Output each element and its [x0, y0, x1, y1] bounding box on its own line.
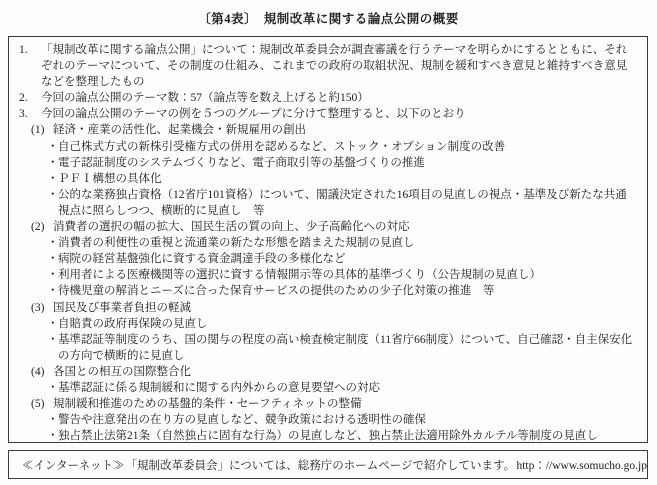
summary-box: 1. 「規制改革に関する論点公開」について：規制改革委員会が調査審議を行うテーマ…	[8, 36, 648, 443]
bullet-item: ・ 電子認証制度のシステムづくりなど、電子商取引等の基盤づくりの推進	[19, 155, 637, 171]
group-heading: (4) 各国との相互の国際整合化	[19, 364, 637, 380]
list-item: 3. 今回の論点公開のテーマの例を５つのグループに分けて整理すると、以下のとおり	[19, 106, 637, 122]
bullet-item: ・ 基準認証に係る規制緩和に関する内外からの意見要望への対応	[19, 380, 637, 396]
group-heading-text: 消費者の選択の幅の拡大、国民生活の質の向上、少子高齢化への対応	[53, 219, 637, 235]
bullet-item: ・ 消費者の利便性の重視と流通業の新たな形態を踏まえた規制の見直し	[19, 235, 637, 251]
bullet-marker: ・	[47, 283, 58, 299]
bullet-item: ・ 待機児童の解消とニーズに合った保育サービスの提供のための少子化対策の推進 等	[19, 283, 637, 299]
bullet-text: 基準認証等制度のうち、国の関与の程度の高い検査検定制度（11省庁66制度）につい…	[58, 332, 637, 364]
group-number: (5)	[31, 396, 53, 412]
bullet-marker: ・	[47, 139, 58, 155]
bullet-marker: ・	[47, 235, 58, 251]
bullet-text: 待機児童の解消とニーズに合った保育サービスの提供のための少子化対策の推進 等	[58, 283, 637, 299]
group-heading: (3) 国民及び事業者負担の軽減	[19, 300, 637, 316]
item-number: 2.	[19, 90, 41, 106]
bullet-marker: ・	[47, 428, 58, 443]
bullet-text: 病院の経営基盤強化に資する資金調達手段の多様化など	[58, 251, 637, 267]
bullet-text: 自賠責の政府再保険の見直し	[58, 316, 637, 332]
list-item: 1. 「規制改革に関する論点公開」について：規制改革委員会が調査審議を行うテーマ…	[19, 42, 637, 90]
bullet-text: ＰＦＩ構想の具体化	[58, 171, 637, 187]
group-heading: (2) 消費者の選択の幅の拡大、国民生活の質の向上、少子高齢化への対応	[19, 219, 637, 235]
group-heading: (1) 経済・産業の活性化、起業機会・新規雇用の創出	[19, 122, 637, 138]
item-number: 1.	[19, 42, 41, 58]
internet-label: ≪インターネット≫	[22, 457, 124, 473]
group-number: (2)	[31, 219, 53, 235]
bullet-text: 自己株式方式の新株引受権方式の併用を認めるなど、ストック・オプション制度の改善	[58, 139, 637, 155]
bullet-text: 公的な業務独占資格（12省庁101資格）について、閣議決定された16項目の見直し…	[58, 187, 637, 219]
internet-note-text: 「規制改革委員会」については、総務庁のホームページで紹介しています。	[125, 457, 515, 473]
group-heading-text: 各国との相互の国際整合化	[53, 364, 637, 380]
bullet-marker: ・	[47, 380, 58, 396]
bullet-marker: ・	[47, 251, 58, 267]
bullet-item: ・ 基準認証等制度のうち、国の関与の程度の高い検査検定制度（11省庁66制度）に…	[19, 332, 637, 364]
bullet-marker: ・	[47, 155, 58, 171]
bullet-text: 利用者による医療機関等の選択に資する情報開示等の具体的基準づくり（公告規制の見直…	[58, 267, 637, 283]
bullet-marker: ・	[47, 332, 58, 348]
bullet-text: 電子認証制度のシステムづくりなど、電子商取引等の基盤づくりの推進	[58, 155, 637, 171]
bullet-item: ・ 自己株式方式の新株引受権方式の併用を認めるなど、ストック・オプション制度の改…	[19, 139, 637, 155]
item-number: 3.	[19, 106, 41, 122]
bullet-item: ・ 公的な業務独占資格（12省庁101資格）について、閣議決定された16項目の見…	[19, 187, 637, 219]
bullet-text: 消費者の利便性の重視と流通業の新たな形態を踏まえた規制の見直し	[58, 235, 637, 251]
group-number: (4)	[31, 364, 53, 380]
bullet-text: 警告や注意発出の在り方の見直しなど、競争政策における透明性の確保	[58, 412, 637, 428]
group-heading-text: 国民及び事業者負担の軽減	[53, 300, 637, 316]
item-text: 「規制改革に関する論点公開」について：規制改革委員会が調査審議を行うテーマを明ら…	[41, 42, 637, 90]
list-item: 2. 今回の論点公開のテーマ数：57（論点等を数え上げると約150）	[19, 90, 637, 106]
item-text: 今回の論点公開のテーマの例を５つのグループに分けて整理すると、以下のとおり	[41, 106, 637, 122]
bullet-marker: ・	[47, 171, 58, 187]
bullet-marker: ・	[47, 412, 58, 428]
group-heading: (5) 規制緩和推進のための基盤的条件・セーフティネットの整備	[19, 396, 637, 412]
group-heading-text: 規制緩和推進のための基盤的条件・セーフティネットの整備	[53, 396, 637, 412]
bullet-marker: ・	[47, 316, 58, 332]
bullet-text: 独占禁止法第21条（自然独占に固有な行為）の見直しなど、独占禁止法適用除外カルテ…	[58, 428, 637, 443]
bullet-item: ・ ＰＦＩ構想の具体化	[19, 171, 637, 187]
bullet-item: ・ 警告や注意発出の在り方の見直しなど、競争政策における透明性の確保	[19, 412, 637, 428]
bullet-item: ・ 独占禁止法第21条（自然独占に固有な行為）の見直しなど、独占禁止法適用除外カ…	[19, 428, 637, 443]
bullet-marker: ・	[47, 187, 58, 203]
item-text: 今回の論点公開のテーマ数：57（論点等を数え上げると約150）	[41, 90, 637, 106]
bullet-item: ・ 利用者による医療機関等の選択に資する情報開示等の具体的基準づくり（公告規制の…	[19, 267, 637, 283]
bullet-text: 基準認証に係る規制緩和に関する内外からの意見要望への対応	[58, 380, 637, 396]
group-number: (3)	[31, 300, 53, 316]
homepage-url: http：//www.somucho.go.jp	[516, 457, 647, 473]
internet-note-box: ≪インターネット≫ 「規制改革委員会」については、総務庁のホームページで紹介して…	[8, 450, 648, 479]
bullet-item: ・ 病院の経営基盤強化に資する資金調達手段の多様化など	[19, 251, 637, 267]
group-heading-text: 経済・産業の活性化、起業機会・新規雇用の創出	[53, 122, 637, 138]
page-title: 〔第4表〕 規制改革に関する論点公開の概要	[0, 0, 657, 27]
bullet-item: ・ 自賠責の政府再保険の見直し	[19, 316, 637, 332]
group-number: (1)	[31, 122, 53, 138]
bullet-marker: ・	[47, 267, 58, 283]
